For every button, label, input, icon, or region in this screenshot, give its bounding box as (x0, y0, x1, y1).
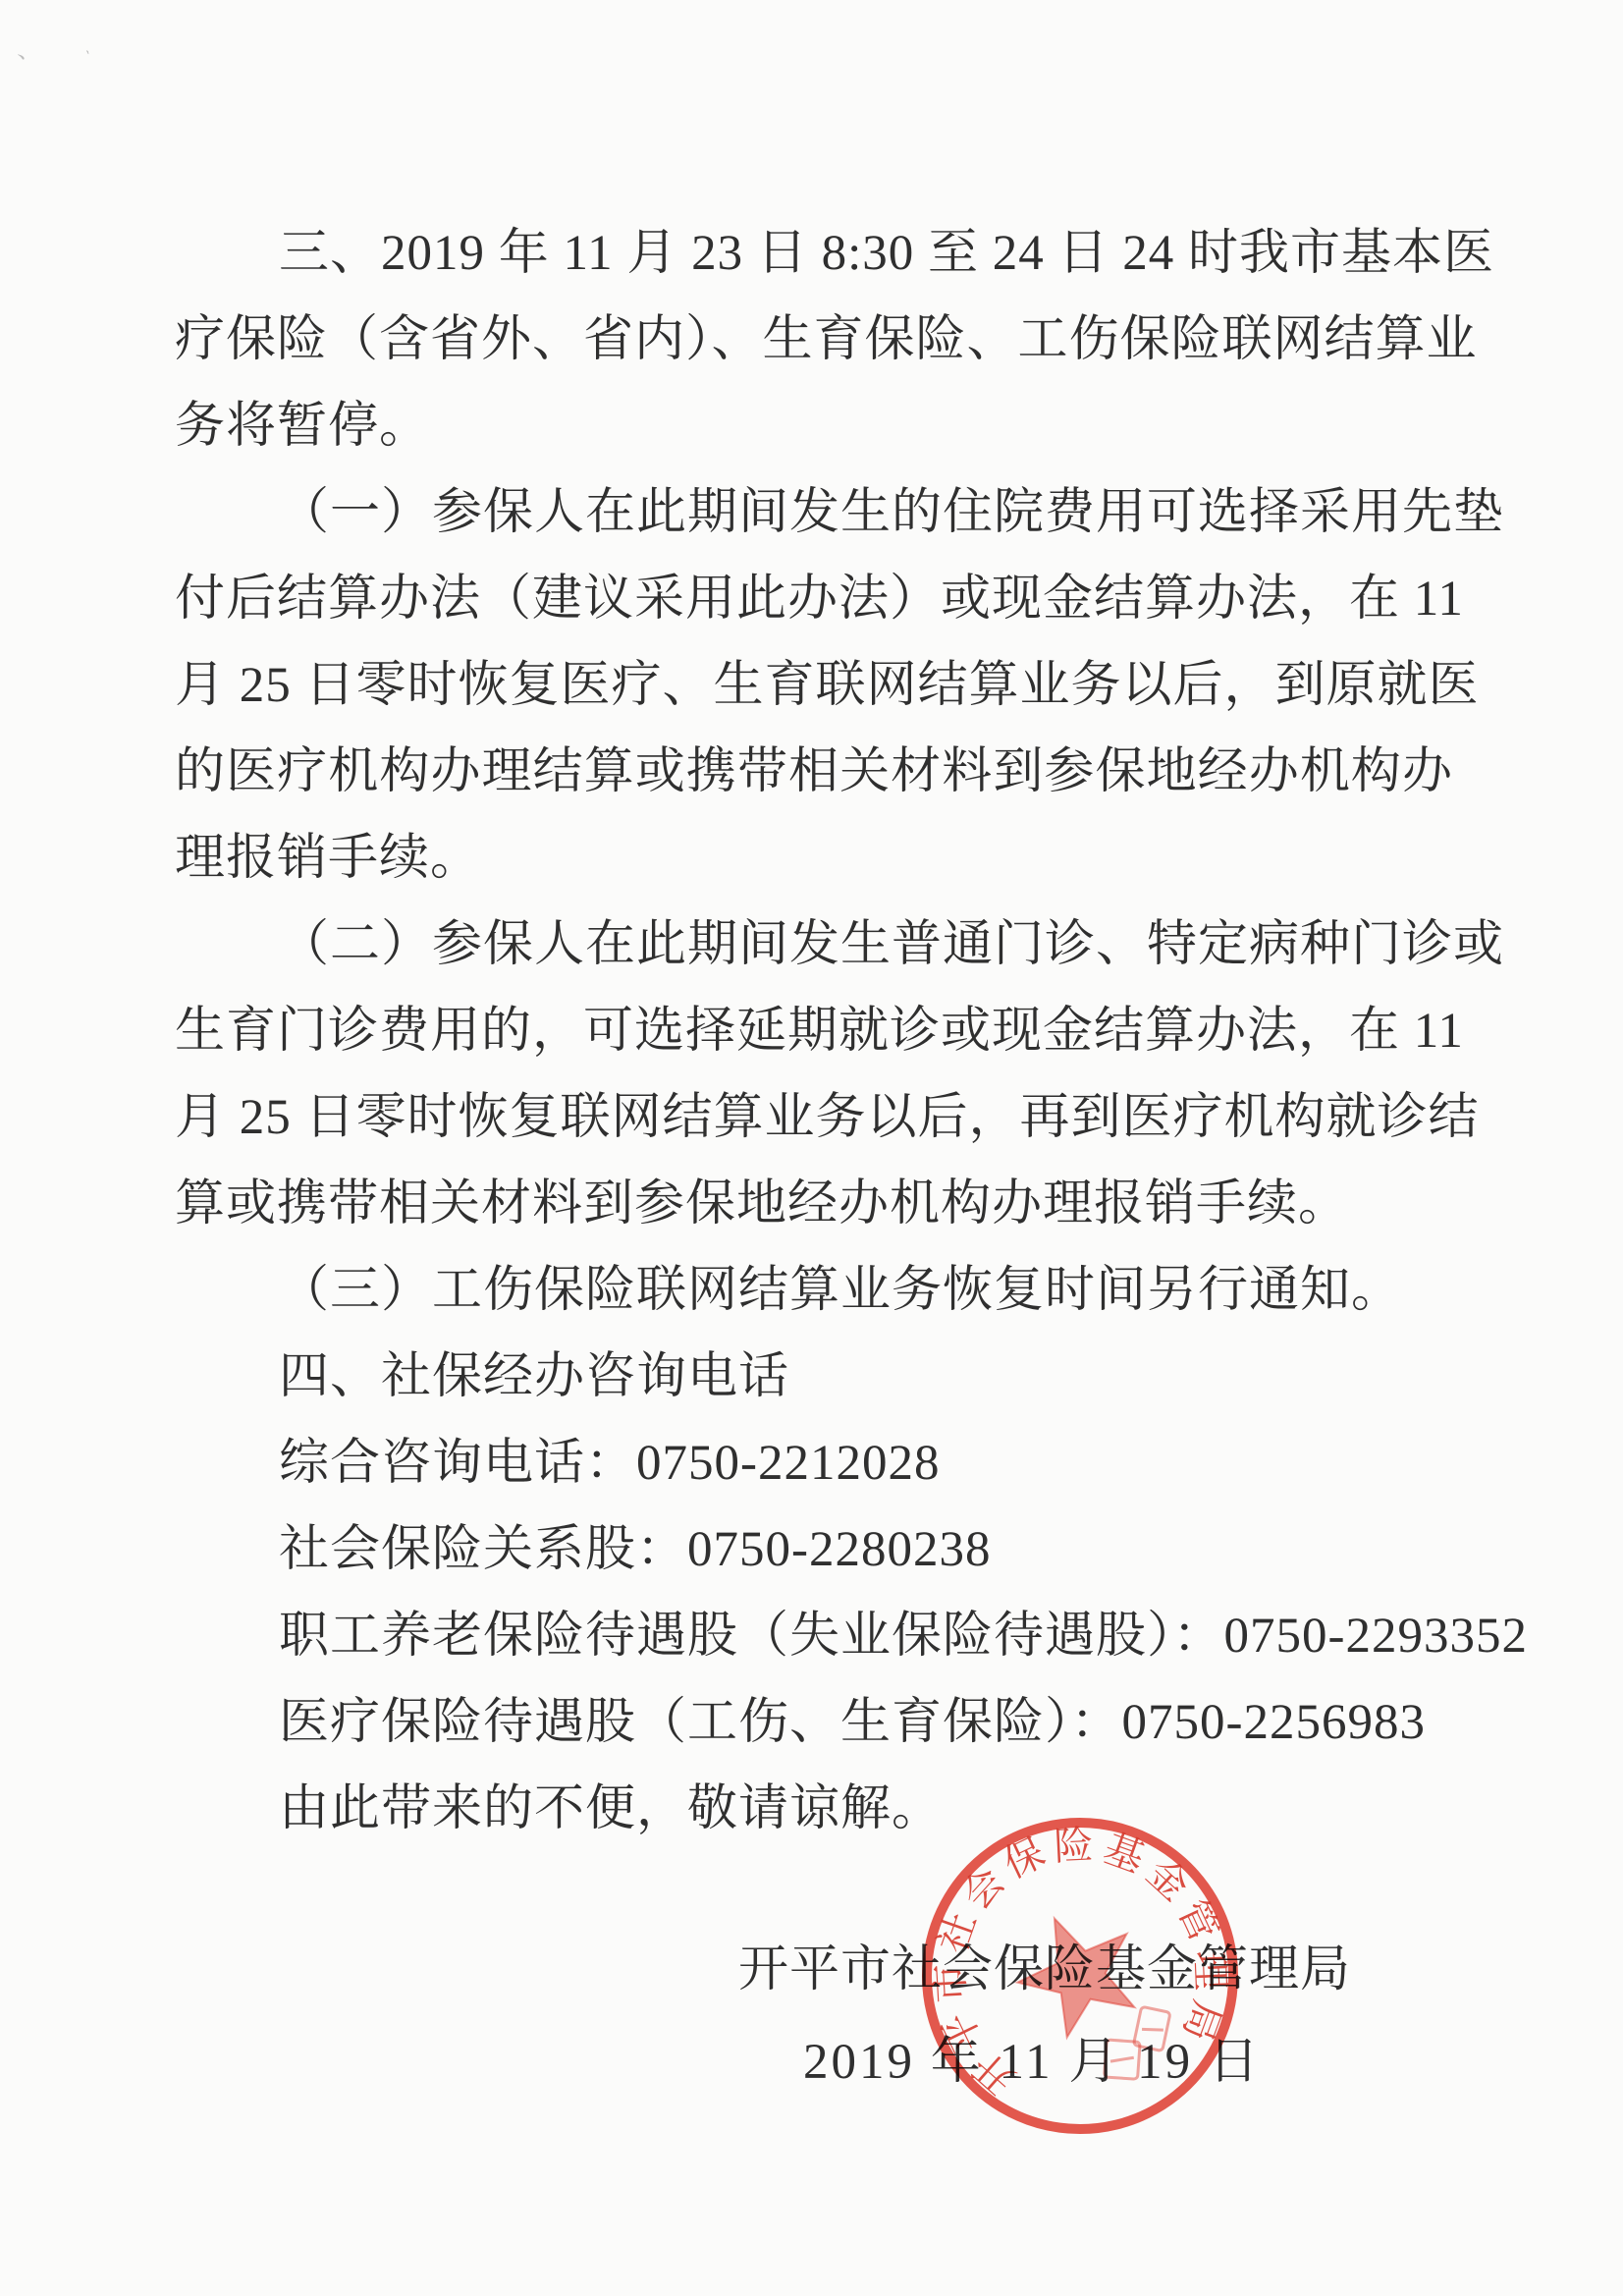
text-line: 生育门诊费用的，可选择延期就诊或现金结算办法，在 11 (175, 988, 1453, 1074)
scan-speck: ` (79, 47, 92, 69)
text-line: 月 25 日零时恢复医疗、生育联网结算业务以后，到原就医 (175, 642, 1453, 729)
text-line: 四、社保经办咨询电话 (175, 1334, 1453, 1420)
text-line: 月 25 日零时恢复联网结算业务以后，再到医疗机构就诊结 (175, 1074, 1453, 1161)
text-line: 务将暂停。 (175, 383, 1453, 469)
signature-date-line: 2019 年 11 月 19 日 (803, 2019, 1262, 2105)
text-line: 付后结算办法（建议采用此办法）或现金结算办法，在 11 (175, 556, 1453, 642)
phone-line: 综合咨询电话：0750-2212028 (175, 1420, 1453, 1506)
text-line: 三、2019 年 11 月 23 日 8:30 至 24 日 24 时我市基本医 (175, 210, 1453, 297)
text-line: 由此带来的不便，敬请谅解。 (175, 1766, 1453, 1852)
text-line: 理报销手续。 (175, 815, 1453, 902)
document-text-block: 三、2019 年 11 月 23 日 8:30 至 24 日 24 时我市基本医… (175, 210, 1453, 1852)
text-line: 疗保险（含省外、省内）、生育保险、工伤保险联网结算业 (175, 297, 1453, 383)
text-line: （三）工伤保险联网结算业务恢复时间另行通知。 (175, 1247, 1453, 1334)
text-line: 的医疗机构办理结算或携带相关材料到参保地经办机构办 (175, 729, 1453, 815)
phone-line: 社会保险关系股：0750-2280238 (175, 1506, 1453, 1593)
phone-line: 医疗保险待遇股（工伤、生育保险）：0750-2256983 (175, 1679, 1453, 1766)
phone-line: 职工养老保险待遇股（失业保险待遇股）：0750-2293352 (175, 1593, 1453, 1679)
signature-agency-line: 开平市社会保险基金管理局 (738, 1927, 1351, 2013)
text-line: 算或携带相关材料到参保地经办机构办理报销手续。 (175, 1161, 1453, 1247)
scanned-notice-page: 、 ` 三、2019 年 11 月 23 日 8:30 至 24 日 24 时我… (0, 0, 1623, 2296)
text-line: （一）参保人在此期间发生的住院费用可选择采用先垫 (175, 469, 1453, 556)
text-line: （二）参保人在此期间发生普通门诊、特定病种门诊或 (175, 902, 1453, 988)
scan-speck: 、 (14, 28, 42, 66)
